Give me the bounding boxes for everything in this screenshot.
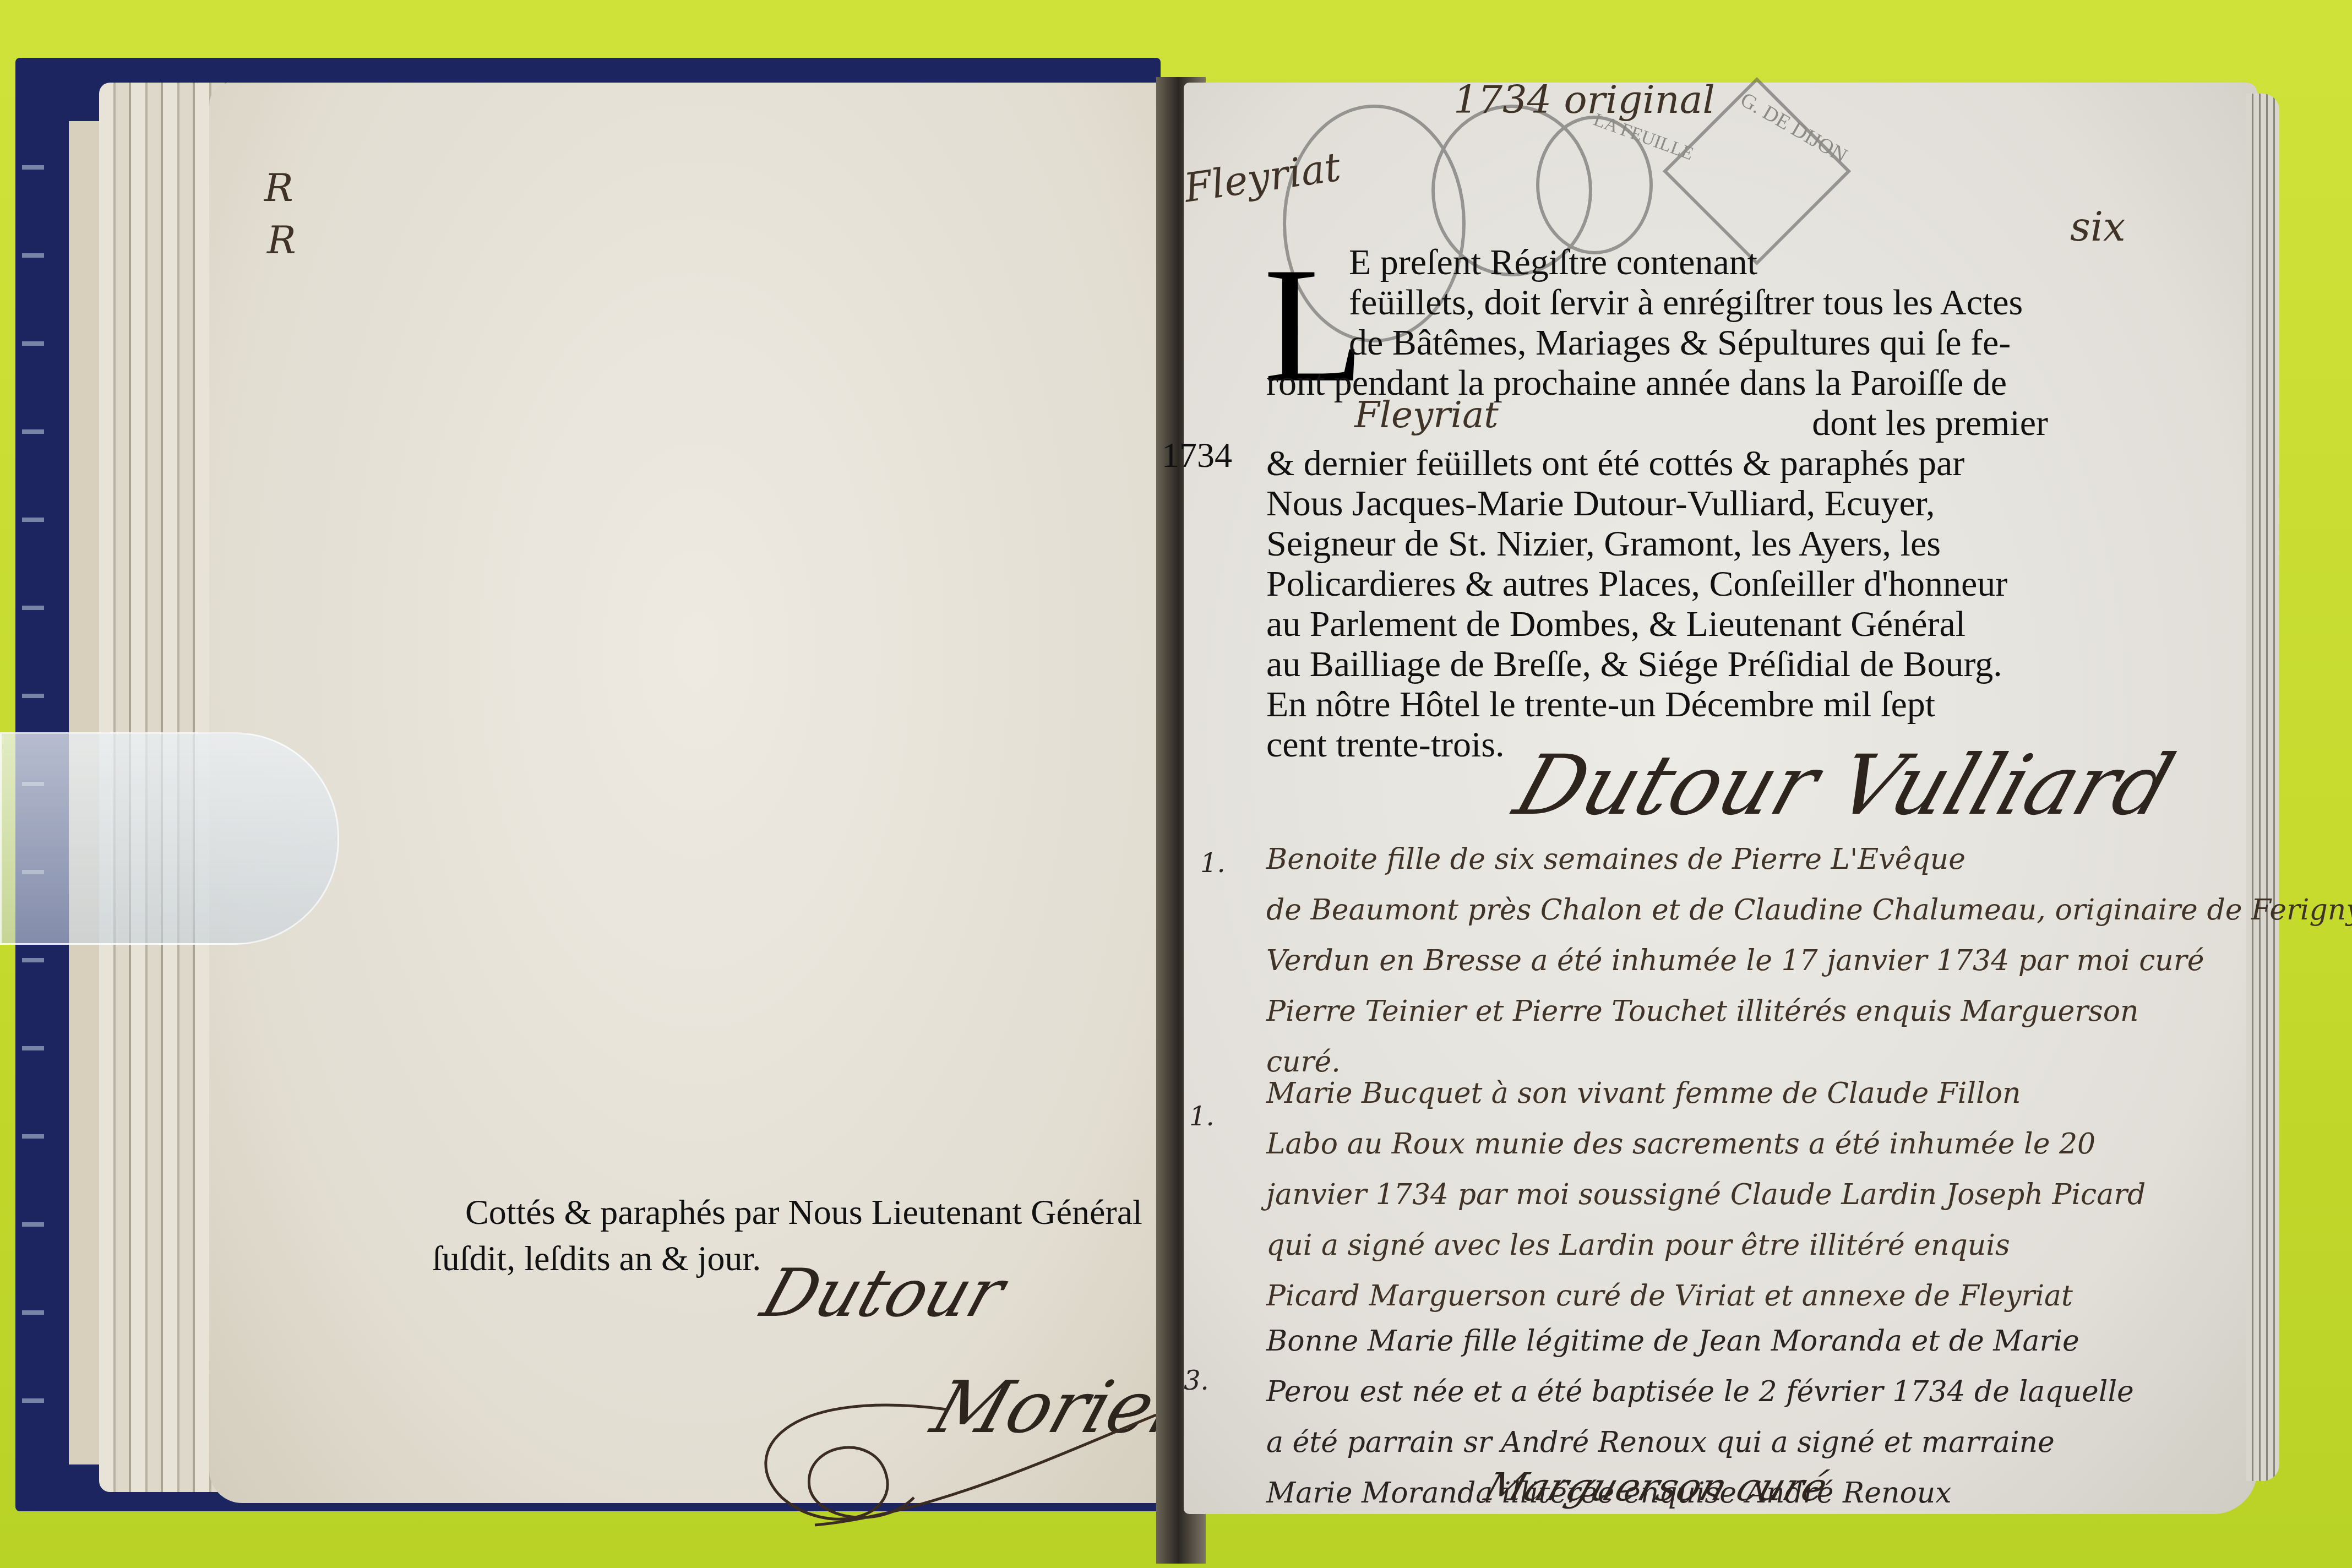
parish-name-handwritten: Fleyriat (1354, 394, 1499, 436)
entry-1-number: 1. (1200, 848, 1226, 879)
entry-1-line-1: Benoite fille de six semaines de Pierre … (1266, 834, 2191, 885)
margin-mark-2: R (267, 217, 296, 263)
margin-annotation-right: six (2070, 204, 2126, 250)
header-annotation: 1734 original (1453, 77, 1715, 122)
entry-1-line-3: Verdun en Bresse a été inhumée le 17 jan… (1266, 935, 2191, 986)
entry-2-line-1: Marie Bucquet à son vivant femme de Clau… (1266, 1068, 2191, 1119)
entry-3-line-3: a été parrain sr André Renoux qui a sign… (1266, 1417, 2191, 1468)
signature-flourish (716, 1376, 1211, 1542)
decl-line-10: au Parlement de Dombes, & Lieutenant Gén… (1266, 604, 2048, 644)
right-page-edges (2246, 94, 2279, 1481)
decl-line-9: Policardieres & autres Places, Conſeille… (1266, 564, 2048, 604)
entry-2-line-2: Labo au Roux munie des sacrements a été … (1266, 1119, 2191, 1169)
register-entry-2: Marie Bucquet à son vivant femme de Clau… (1266, 1068, 2191, 1321)
margin-year: 1734 (1162, 435, 1232, 476)
decl-line-8: Seigneur de St. Nizier, Gramont, les Aye… (1266, 524, 2048, 564)
left-page (209, 83, 1184, 1503)
marguerson-cure-signature: Marguerson curé (1479, 1464, 1833, 1510)
entry-2-line-3: janvier 1734 par moi soussigné Claude La… (1266, 1169, 2191, 1220)
cert-line-1: Cottés & paraphés par Nous Lieutenant Gé… (465, 1189, 1142, 1235)
entry-1-line-2: de Beaumont près Chalon et de Claudine C… (1266, 885, 2191, 935)
margin-mark-1: R (264, 165, 293, 210)
decl-line-7: Nous Jacques-Marie Dutour-Vulliard, Ecuy… (1266, 483, 2048, 524)
decl-line-12: En nôtre Hôtel le trente-un Décembre mil… (1266, 684, 2048, 725)
entry-2-line-5: Picard Marguerson curé de Viriat et anne… (1266, 1271, 2191, 1321)
entry-2-line-4: qui a signé avec les Lardin pour être il… (1266, 1220, 2191, 1271)
dutour-vulliard-signature: Dutour Vulliard (1504, 738, 2185, 834)
decl-line-11: au Bailliage de Breſſe, & Siége Préſidia… (1266, 644, 2048, 684)
entry-3-number: 3. (1184, 1365, 1209, 1396)
entry-3-line-1: Bonne Marie fille légitime de Jean Moran… (1266, 1316, 2191, 1366)
printed-register-declaration: E preſent Régiſtre contenant feüillets, … (1266, 242, 2048, 765)
entry-1-line-4: Pierre Teinier et Pierre Touchet illitér… (1266, 986, 2191, 1037)
register-entry-1: Benoite fille de six semaines de Pierre … (1266, 834, 2191, 1087)
left-signature-dutour: Dutour (753, 1255, 1014, 1332)
plastic-bookmark-tab[interactable] (0, 732, 339, 945)
decl-line-3: de Bâtêmes, Mariages & Sépultures qui ſe… (1266, 323, 2048, 363)
decl-line-2: feüillets, doit ſervir à enrégiſtrer tou… (1266, 282, 2048, 323)
decl-line-1: E preſent Régiſtre contenant (1266, 242, 2048, 282)
decl-line-6: & dernier feüillets ont été cottés & par… (1266, 443, 2048, 483)
entry-3-line-2: Perou est née et a été baptisée le 2 fév… (1266, 1366, 2191, 1417)
entry-2-number: 1. (1189, 1101, 1215, 1132)
